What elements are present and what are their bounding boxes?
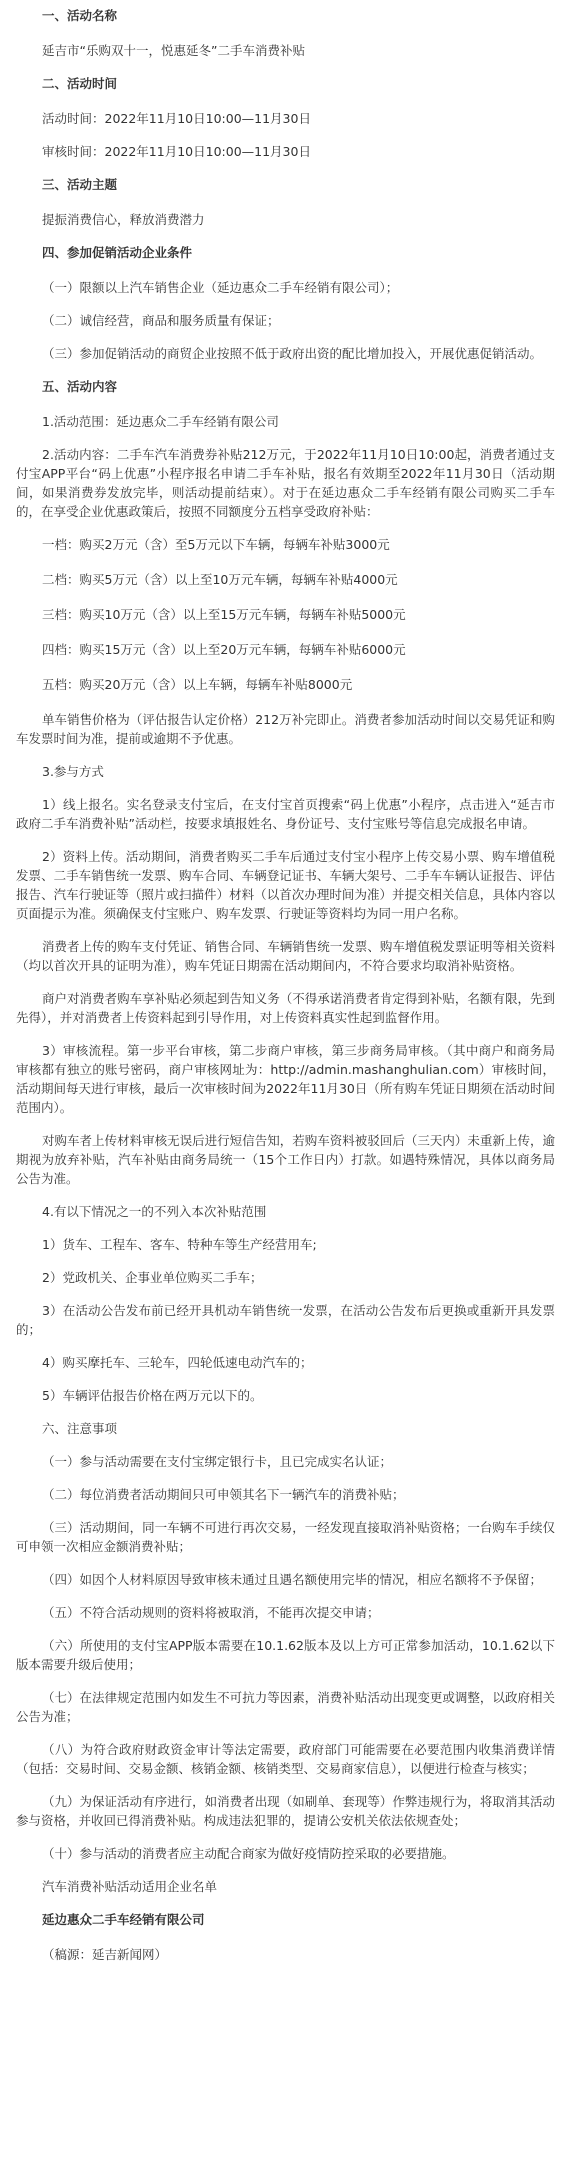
note-item: （五）不符合活动规则的资料将被取消，不能再次提交申请； bbox=[16, 1603, 555, 1622]
note-item: （七）在法律规定范围内如发生不可抗力等因素，消费补贴活动出现变更或调整，以政府相… bbox=[16, 1688, 555, 1726]
subsidy-tier: 一档：购买2万元（含）至5万元以下车辆，每辆车补贴3000元 bbox=[16, 535, 555, 554]
participation-item: 3）审核流程。第一步平台审核，第二步商户审核，第三步商务局审核。（其中商户和商务… bbox=[16, 1041, 555, 1117]
note-item: （二）每位消费者活动期间只可申领其名下一辆汽车的消费补贴； bbox=[16, 1485, 555, 1504]
note-item: （九）为保证活动有序进行，如消费者出现（如刷单、套现等）作弊违规行为，将取消其活… bbox=[16, 1792, 555, 1830]
exclusion-item: 2）党政机关、企事业单位购买二手车； bbox=[16, 1268, 555, 1287]
section-heading-notes: 六、注意事项 bbox=[16, 1419, 555, 1438]
note-item: （八）为符合政府财政资金审计等法定需要，政府部门可能需要在必要范围内收集消费详情… bbox=[16, 1740, 555, 1778]
participation-item: 1）线上报名。实名登录支付宝后，在支付宝首页搜索“码上优惠”小程序，点击进入“延… bbox=[16, 795, 555, 833]
condition-item: （一）限额以上汽车销售企业（延边惠众二手车经销有限公司）； bbox=[16, 278, 555, 297]
activity-name: 延吉市“乐购双十一，悦惠延冬”二手车消费补贴 bbox=[16, 41, 555, 60]
company-name: 延边惠众二手车经销有限公司 bbox=[16, 1910, 555, 1929]
note-item: （十）参与活动的消费者应主动配合商家为做好疫情防控采取的必要措施。 bbox=[16, 1844, 555, 1863]
note-item: （六）所使用的支付宝APP版本需要在10.1.62版本及以上方可正常参加活动，1… bbox=[16, 1636, 555, 1674]
subsidy-tier: 五档：购买20万元（含）以上车辆，每辆车补贴8000元 bbox=[16, 675, 555, 694]
section-heading-conditions: 四、参加促销活动企业条件 bbox=[16, 243, 555, 262]
participation-item: 消费者上传的购车支付凭证、销售合同、车辆销售统一发票、购车增值税发票证明等相关资… bbox=[16, 937, 555, 975]
exclusion-item: 1）货车、工程车、客车、特种车等生产经营用车; bbox=[16, 1235, 555, 1254]
section-heading-content: 五、活动内容 bbox=[16, 377, 555, 396]
activity-time: 活动时间：2022年11月10日10:00—11月30日 bbox=[16, 109, 555, 128]
participation-item: 2）资料上传。活动期间，消费者购买二手车后通过支付宝小程序上传交易小票、购车增值… bbox=[16, 847, 555, 923]
subsidy-tier: 二档：购买5万元（含）以上至10万元车辆，每辆车补贴4000元 bbox=[16, 570, 555, 589]
note-item: （一）参与活动需要在支付宝绑定银行卡，且已完成实名认证； bbox=[16, 1452, 555, 1471]
company-list-title: 汽车消费补贴活动适用企业名单 bbox=[16, 1877, 555, 1896]
review-time: 审核时间：2022年11月10日10:00—11月30日 bbox=[16, 142, 555, 161]
condition-item: （二）诚信经营，商品和服务质量有保证； bbox=[16, 311, 555, 330]
subsidy-note: 单车销售价格为（评估报告认定价格）212万补完即止。消费者参加活动时间以交易凭证… bbox=[16, 710, 555, 748]
subsidy-tier: 四档：购买15万元（含）以上至20万元车辆，每辆车补贴6000元 bbox=[16, 640, 555, 659]
note-item: （四）如因个人材料原因导致审核未通过且遇名额使用完毕的情况，相应名额将不予保留； bbox=[16, 1570, 555, 1589]
section-heading-name: 一、活动名称 bbox=[16, 6, 555, 25]
source-credit: （稿源：延吉新闻网） bbox=[16, 1945, 555, 1964]
participation-item: 对购车者上传材料审核无误后进行短信告知，若购车资料被驳回后（三天内）未重新上传，… bbox=[16, 1131, 555, 1188]
exclusion-item: 4）购买摩托车、三轮车，四轮低速电动汽车的； bbox=[16, 1353, 555, 1372]
exclusion-heading: 4.有以下情况之一的不列入本次补贴范围 bbox=[16, 1202, 555, 1221]
participation-item: 商户对消费者购车享补贴必须起到告知义务（不得承诺消费者肯定得到补贴，名额有限，先… bbox=[16, 989, 555, 1027]
note-item: （三）活动期间，同一车辆不可进行再次交易，一经发现直接取消补贴资格；一台购车手续… bbox=[16, 1518, 555, 1556]
exclusion-item: 3）在活动公告发布前已经开具机动车销售统一发票，在活动公告发布后更换或重新开具发… bbox=[16, 1301, 555, 1339]
activity-scope: 1.活动范围：延边惠众二手车经销有限公司 bbox=[16, 412, 555, 431]
participation-heading: 3.参与方式 bbox=[16, 762, 555, 781]
article-body: 一、活动名称 延吉市“乐购双十一，悦惠延冬”二手车消费补贴 二、活动时间 活动时… bbox=[0, 0, 569, 1998]
condition-item: （三）参加促销活动的商贸企业按照不低于政府出资的配比增加投入，开展优惠促销活动。 bbox=[16, 344, 555, 363]
section-heading-time: 二、活动时间 bbox=[16, 74, 555, 93]
activity-content: 2.活动内容：二手车汽车消费券补贴212万元，于2022年11月10日10:00… bbox=[16, 445, 555, 521]
subsidy-tier: 三档：购买10万元（含）以上至15万元车辆，每辆车补贴5000元 bbox=[16, 605, 555, 624]
section-heading-theme: 三、活动主题 bbox=[16, 175, 555, 194]
activity-theme: 提振消费信心，释放消费潜力 bbox=[16, 210, 555, 229]
exclusion-item: 5）车辆评估报告价格在两万元以下的。 bbox=[16, 1386, 555, 1405]
